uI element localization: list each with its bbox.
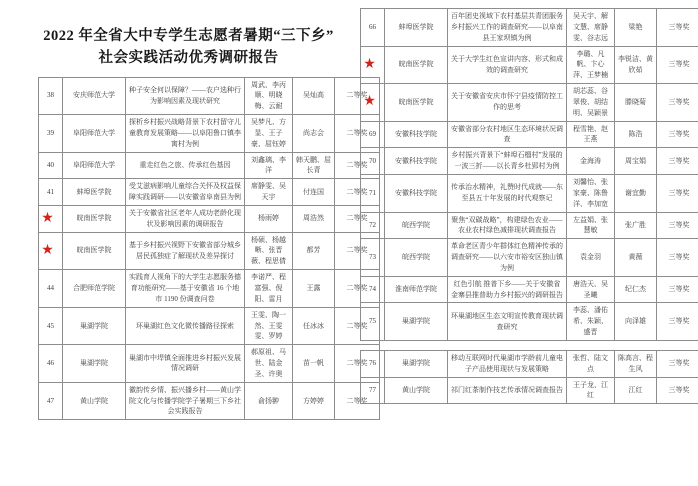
- cell-award: 三等奖: [657, 239, 698, 277]
- right-page: 66蚌埠医学院百年团史视域下农村基层共青团服务乡村振兴工作的调查研究——以阜南县…: [360, 8, 662, 404]
- cell-members: 程雪艳、赵王燕: [567, 121, 615, 148]
- cell-title: 乡村振兴背景下“蚌埠石榴村”发展的一波三折——以长青乡杜郢村为例: [448, 148, 567, 175]
- cell-num: ★: [39, 205, 63, 232]
- cell-title: 环巢湖地区生态文明宣传教育现状调查研究: [448, 303, 567, 341]
- table-row: ★皖南医学院关于安徽省社区老年人成功老龄化现状及影响因素的调研报告杨雨婷周浩然二…: [39, 205, 380, 232]
- cell-members: 唐浩天、吴圣曦: [567, 276, 615, 303]
- table-row: 46巢湖学院巢湖市中垾镇全面推进乡村振兴发展情况调研郝原祖、马世、陆金圣、许奥苗…: [39, 345, 380, 383]
- cell-members: 杨雨婷: [245, 205, 293, 232]
- cell-school: 皖南医学院: [63, 232, 126, 270]
- cell-school: 皖西学院: [385, 212, 448, 239]
- table-row: 38安庆师范大学种子安全何以保障？——农户选种行为影响因素及现状研究周武、李丙顺…: [39, 77, 380, 115]
- cell-members: 俞扬翀: [245, 382, 293, 420]
- table-row: ★皖南医学院关于大学生红色宣讲内容、形式和成效的调查研究李璐、凡帆、卞心萍、王梦…: [361, 46, 698, 84]
- cell-award: 三等奖: [657, 212, 698, 239]
- cell-advisor: 付连国: [293, 179, 335, 206]
- cell-num: ★: [361, 46, 385, 84]
- cell-advisor: 尚志会: [293, 115, 335, 153]
- cell-title: 移动互联网时代巢湖市学龄前儿童电子产品使用现状与发展策略: [448, 350, 567, 377]
- table-row: 45巢湖学院环巢湖红色文化微传播路径探索王雯、陶一然、王雯雯、罗婷任冰冰二等奖: [39, 307, 380, 345]
- cell-members: 刘馨怡、张家豪、陈鲁洋、李加宽: [567, 174, 615, 212]
- cell-num: 39: [39, 115, 63, 153]
- cell-num: 77: [361, 377, 385, 404]
- star-icon: ★: [363, 58, 376, 72]
- cell-award: 三等奖: [657, 121, 698, 148]
- cell-num: 40: [39, 152, 63, 179]
- cell-num: 45: [39, 307, 63, 345]
- cell-members: 刘鑫璃、李洋: [245, 152, 293, 179]
- cell-advisor: 陈浩: [615, 121, 657, 148]
- cell-title: 革命老区青少年群体红色精神传承的调查研究——以六安市裕安区独山镇为例: [448, 239, 567, 277]
- cell-advisor: 谢宜勤: [615, 174, 657, 212]
- cell-advisor: 都芳: [293, 232, 335, 270]
- cell-school: 安徽科技学院: [385, 121, 448, 148]
- star-icon: ★: [41, 244, 54, 258]
- table-row: 66蚌埠医学院百年团史视域下农村基层共青团服务乡村振兴工作的调查研究——以阜南县…: [361, 9, 698, 47]
- cell-school: 黄山学院: [63, 382, 126, 420]
- table-row: ★皖南医学院基于乡村振兴视野下安徽省部分城乡居民孤独症了解现状及差异探讨杨硕、杨…: [39, 232, 380, 270]
- cell-num: 75: [361, 303, 385, 341]
- cell-num: 41: [39, 179, 63, 206]
- cell-advisor: 陈高言、程生风: [615, 350, 657, 377]
- cell-num: 47: [39, 382, 63, 420]
- table-row: 39阜阳师范大学探析乡村振兴战略背景下农村留守儿童教育发展策略——以阜阳鲁口镇李…: [39, 115, 380, 153]
- table-row: 74淮南师范学院红色引航 推普下乡——关于安徽省金寨县推普助力乡村振兴的调研报告…: [361, 276, 698, 303]
- table-row: 77黄山学院祁门红茶制作技艺传承情况调查报告王子龙、江红江红三等奖: [361, 377, 698, 404]
- cell-title: 聚焦“双碳战略”，构建绿色农业——农业农村绿色减排现状调查报告: [448, 212, 567, 239]
- cell-members: 郝原祖、马世、陆金圣、许奥: [245, 345, 293, 383]
- cell-members: 吴梦凡、方显、王子豪、屈钰婷: [245, 115, 293, 153]
- cell-members: 张哲、陆文点: [567, 350, 615, 377]
- cell-members: 杨硕、杨越晰、张晋薇、程思倩: [245, 232, 293, 270]
- cell-school: 皖南医学院: [385, 46, 448, 84]
- cell-num: 72: [361, 212, 385, 239]
- cell-title: 受艾滋病影响儿童综合关怀及权益保障实践调研——以安徽省阜南县为例: [126, 179, 245, 206]
- cell-members: 席静雯、吴天宇: [245, 179, 293, 206]
- awards-table-right-bottom: 76巢湖学院移动互联网时代巢湖市学龄前儿童电子产品使用现状与发展策略张哲、陆文点…: [360, 350, 698, 404]
- cell-num: 71: [361, 174, 385, 212]
- cell-school: 黄山学院: [385, 377, 448, 404]
- cell-award: 三等奖: [657, 46, 698, 84]
- cell-num: 73: [361, 239, 385, 277]
- cell-school: 阜阳师范大学: [63, 115, 126, 153]
- cell-school: 安庆师范大学: [63, 77, 126, 115]
- awards-table-right-top: 66蚌埠医学院百年团史视域下农村基层共青团服务乡村振兴工作的调查研究——以阜南县…: [360, 8, 698, 341]
- cell-school: 淮南师范学院: [385, 276, 448, 303]
- cell-num: ★: [39, 232, 63, 270]
- cell-num: 38: [39, 77, 63, 115]
- cell-school: 蚌埠医学院: [385, 9, 448, 47]
- cell-members: 王雯、陶一然、王雯雯、罗婷: [245, 307, 293, 345]
- cell-num: 44: [39, 270, 63, 308]
- table-row: 44合肥师范学院实践育人视角下的大学生志愿服务德育功能研究——基于安徽省 16 …: [39, 270, 380, 308]
- cell-title: 关于大学生红色宣讲内容、形式和成效的调查研究: [448, 46, 567, 84]
- cell-school: 皖南医学院: [63, 205, 126, 232]
- cell-members: 李蕊、潘佑希、朱颖、盛晋: [567, 303, 615, 341]
- cell-title: 重走红色之旅、传承红色基因: [126, 152, 245, 179]
- cell-num: 70: [361, 148, 385, 175]
- cell-title: 百年团史视域下农村基层共青团服务乡村振兴工作的调查研究——以阜南县王家坝镇为例: [448, 9, 567, 47]
- cell-members: 李诺严、程富强、倪阳、雷月: [245, 270, 293, 308]
- cell-school: 安徽科技学院: [385, 174, 448, 212]
- cell-advisor: 方婷婷: [293, 382, 335, 420]
- cell-advisor: 梁艳: [615, 9, 657, 47]
- cell-advisor: 王露: [293, 270, 335, 308]
- cell-advisor: 江红: [615, 377, 657, 404]
- cell-title: 关于安徽省安庆市怀宁县疫情防控工作的思考: [448, 84, 567, 122]
- cell-advisor: 吴灿高: [293, 77, 335, 115]
- cell-advisor: 黄薇: [615, 239, 657, 277]
- cell-title: 巢湖市中垾镇全面推进乡村振兴发展情况调研: [126, 345, 245, 383]
- cell-advisor: 滕晓菊: [615, 84, 657, 122]
- table-row: 76巢湖学院移动互联网时代巢湖市学龄前儿童电子产品使用现状与发展策略张哲、陆文点…: [361, 350, 698, 377]
- cell-award: 三等奖: [657, 174, 698, 212]
- cell-num: 66: [361, 9, 385, 47]
- table-row: 73皖西学院革命老区青少年群体红色精神传承的调查研究——以六安市裕安区独山镇为例…: [361, 239, 698, 277]
- cell-award: 三等奖: [657, 377, 698, 404]
- cell-title: 种子安全何以保障？——农户选种行为影响因素及现状研究: [126, 77, 245, 115]
- cell-num: 76: [361, 350, 385, 377]
- cell-advisor: 纪仁杰: [615, 276, 657, 303]
- cell-award: 三等奖: [657, 148, 698, 175]
- cell-members: 李璐、凡帆、卞心萍、王梦楠: [567, 46, 615, 84]
- cell-advisor: 向泽雄: [615, 303, 657, 341]
- table-row: 40阜阳师范大学重走红色之旅、传承红色基因刘鑫璃、李洋韩天鹏、屈长青二等奖: [39, 152, 380, 179]
- cell-school: 巢湖学院: [63, 307, 126, 345]
- page-title-line1: 2022 年全省大中专学生志愿者暑期“三下乡”: [38, 26, 339, 48]
- cell-title: 红色引航 推普下乡——关于安徽省金寨县推普助力乡村振兴的调研报告: [448, 276, 567, 303]
- cell-num: 46: [39, 345, 63, 383]
- cell-advisor: 张广胜: [615, 212, 657, 239]
- table-row: 72皖西学院聚焦“双碳战略”，构建绿色农业——农业农村绿色减排现状调查报告左益娟…: [361, 212, 698, 239]
- cell-title: 安徽省部分农村地区生态环境状况调查: [448, 121, 567, 148]
- cell-award: 三等奖: [657, 84, 698, 122]
- star-icon: ★: [363, 95, 376, 109]
- cell-title: 祁门红茶制作技艺传承情况调查报告: [448, 377, 567, 404]
- table-row: 75巢湖学院环巢湖地区生态文明宣传教育现状调查研究李蕊、潘佑希、朱颖、盛晋向泽雄…: [361, 303, 698, 341]
- cell-award: 三等奖: [657, 276, 698, 303]
- cell-school: 安徽科技学院: [385, 148, 448, 175]
- cell-members: 王子龙、江红: [567, 377, 615, 404]
- cell-title: 实践育人视角下的大学生志愿服务德育功能研究——基于安徽省 16 个地市 1190…: [126, 270, 245, 308]
- cell-school: 皖西学院: [385, 239, 448, 277]
- cell-title: 关于安徽省社区老年人成功老龄化现状及影响因素的调研报告: [126, 205, 245, 232]
- cell-members: 金海涛: [567, 148, 615, 175]
- page-title: 2022 年全省大中专学生志愿者暑期“三下乡” 社会实践活动优秀调研报告: [38, 26, 339, 70]
- cell-members: 周武、李丙顺、明晓梅、云耐: [245, 77, 293, 115]
- cell-title: 环巢湖红色文化微传播路径探索: [126, 307, 245, 345]
- cell-title: 徽韵传乡情、振兴播乡村——黄山学院文化与传播学院学子暑期三下乡社会实践报告: [126, 382, 245, 420]
- table-row: 70安徽科技学院乡村振兴背景下“蚌埠石榴村”发展的一波三折——以长青乡杜郢村为例…: [361, 148, 698, 175]
- cell-school: 巢湖学院: [63, 345, 126, 383]
- cell-award: 三等奖: [657, 350, 698, 377]
- cell-advisor: 韩天鹏、屈长青: [293, 152, 335, 179]
- awards-table-left: 38安庆师范大学种子安全何以保障？——农户选种行为影响因素及现状研究周武、李丙顺…: [38, 77, 380, 421]
- table-row: ★皖南医学院关于安徽省安庆市怀宁县疫情防控工作的思考胡芯蕊、谷翠俊、胡结明、吴颖…: [361, 84, 698, 122]
- cell-members: 袁金羽: [567, 239, 615, 277]
- cell-members: 胡芯蕊、谷翠俊、胡结明、吴颖景: [567, 84, 615, 122]
- cell-school: 合肥师范学院: [63, 270, 126, 308]
- cell-school: 巢湖学院: [385, 303, 448, 341]
- star-icon: ★: [41, 212, 54, 226]
- table-row: 41蚌埠医学院受艾滋病影响儿童综合关怀及权益保障实践调研——以安徽省阜南县为例席…: [39, 179, 380, 206]
- left-page: 2022 年全省大中专学生志愿者暑期“三下乡” 社会实践活动优秀调研报告 38安…: [38, 26, 339, 420]
- cell-num: 74: [361, 276, 385, 303]
- cell-title: 探析乡村振兴战略背景下农村留守儿童教育发展策略——以阜阳鲁口镇李寓村为例: [126, 115, 245, 153]
- cell-advisor: 任冰冰: [293, 307, 335, 345]
- cell-title: 基于乡村振兴视野下安徽省部分城乡居民孤独症了解现状及差异探讨: [126, 232, 245, 270]
- table-row: 71安徽科技学院传承治水精神，礼赞时代成就——东至县五十年发展的时代观察记刘馨怡…: [361, 174, 698, 212]
- cell-title: 传承治水精神，礼赞时代成就——东至县五十年发展的时代观察记: [448, 174, 567, 212]
- cell-award: 三等奖: [657, 9, 698, 47]
- table-row: 47黄山学院徽韵传乡情、振兴播乡村——黄山学院文化与传播学院学子暑期三下乡社会实…: [39, 382, 380, 420]
- table-row: 69安徽科技学院安徽省部分农村地区生态环境状况调查程雪艳、赵王燕陈浩三等奖: [361, 121, 698, 148]
- right-table-bottom-wrap: 76巢湖学院移动互联网时代巢湖市学龄前儿童电子产品使用现状与发展策略张哲、陆文点…: [360, 350, 662, 404]
- cell-num: ★: [361, 84, 385, 122]
- cell-advisor: 周宝娟: [615, 148, 657, 175]
- cell-school: 巢湖学院: [385, 350, 448, 377]
- cell-school: 皖南医学院: [385, 84, 448, 122]
- cell-advisor: 李锐洁、黄欣茹: [615, 46, 657, 84]
- cell-members: 吴天宇、解文慧、席静雯、谷志远: [567, 9, 615, 47]
- cell-advisor: 周浩然: [293, 205, 335, 232]
- cell-members: 左益娟、张慧敏: [567, 212, 615, 239]
- cell-award: 三等奖: [657, 303, 698, 341]
- page-title-line2: 社会实践活动优秀调研报告: [38, 48, 339, 70]
- cell-num: 69: [361, 121, 385, 148]
- cell-school: 蚌埠医学院: [63, 179, 126, 206]
- cell-school: 阜阳师范大学: [63, 152, 126, 179]
- cell-advisor: 苗一帆: [293, 345, 335, 383]
